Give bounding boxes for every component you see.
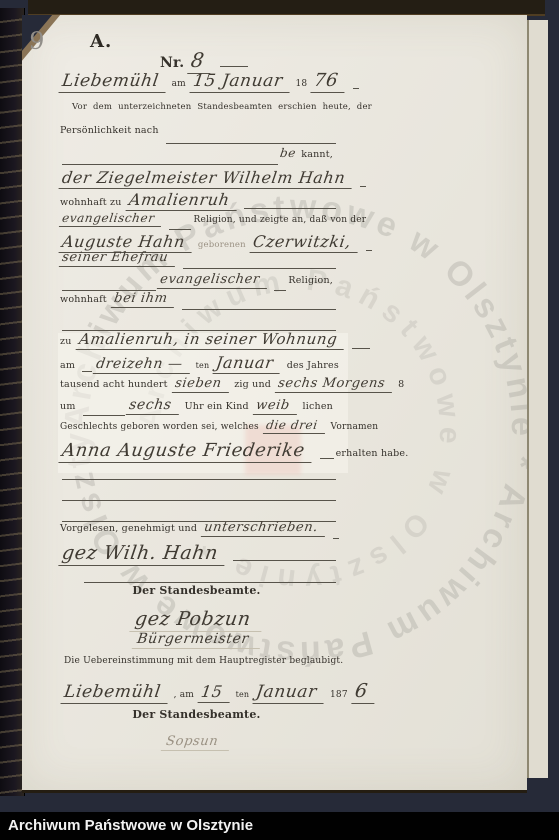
rule-line (62, 479, 336, 480)
handwritten-text: sieben (171, 376, 230, 393)
handwritten-text: Amalienruh (125, 190, 238, 211)
printed-text: geborenen (198, 240, 246, 250)
approval-line: Vorgelesen, genehmigt undunterschrieben. (60, 520, 338, 544)
handwritten-text: weib (253, 398, 299, 415)
rule-line (83, 415, 126, 416)
printed-text: Nr. (160, 55, 184, 71)
rule-line (320, 458, 334, 459)
archive-caption-bar: Archiwum Państwowe w Olsztynie (0, 812, 559, 840)
known-line: bekannt, (60, 146, 338, 170)
rule-line (166, 143, 336, 144)
handwritten-text: Amalienruh, in seiner Wohnung (75, 330, 346, 350)
rule-line (183, 268, 336, 269)
declarant-signature-line: gez Wilh. Hahn (60, 542, 338, 566)
rule-line (244, 208, 336, 209)
certification-line: Die Uebereinstimmung mit dem Hauptregist… (64, 656, 338, 680)
rule-line (182, 309, 336, 310)
printed-text: Religion, (288, 275, 333, 286)
registrar-role-line: Bürgermeister (60, 631, 338, 655)
printed-text: ten (196, 361, 210, 370)
rule-line (333, 538, 339, 539)
intro-paragraph: Vor dem unterzeichneten Standesbeamten e… (72, 102, 340, 126)
handwritten-text: sechs (126, 397, 181, 415)
printed-text: zig und (234, 379, 271, 390)
handwritten-text: Liebemühl (58, 71, 168, 93)
pencil-number: 9 (28, 26, 46, 55)
registry-number-line: Nr.8 (160, 48, 250, 72)
rule-line (82, 371, 92, 372)
printed-text: am (172, 79, 186, 89)
rule-line (220, 66, 248, 67)
rule-line (169, 229, 191, 230)
handwritten-text: 15 Januar (189, 71, 292, 93)
declarant-line: der Ziegelmeister Wilhelm Hahn (60, 168, 338, 192)
printed-text: Vor dem unterzeichneten Standesbeamten e… (72, 102, 372, 112)
handwritten-text: unterschrieben. (201, 520, 327, 537)
handwritten-text: be (279, 146, 297, 160)
handwritten-text: evangelischer (59, 211, 164, 227)
book-cover-edge (28, 0, 545, 16)
handwritten-text: 76 (311, 70, 348, 93)
certification-date-line: Liebemühl, am15tenJanuar1876 (62, 680, 334, 704)
handwritten-text: seiner Ehefrau (59, 250, 177, 267)
printed-text: am (60, 360, 75, 371)
registrar-title-2: Der Standesbeamte. (60, 708, 338, 732)
printed-text: ten (236, 690, 250, 699)
rule-line (84, 582, 336, 583)
handwritten-text: die drei (263, 418, 327, 434)
printed-text: erhalten habe. (336, 448, 409, 459)
archive-caption: Archiwum Państwowe w Olsztynie (8, 812, 253, 840)
printed-text: des Jahres (287, 360, 339, 371)
place-date-line: Liebemühlam15 Januar1876 (60, 70, 338, 94)
handwritten-text: Anna Auguste Friederike (58, 440, 314, 463)
rule-line (233, 560, 336, 561)
gender-names-line: Geschlechts geboren worden sei, welchesd… (60, 418, 338, 442)
rule-line (353, 88, 359, 89)
handwritten-text: sechs Morgens (275, 376, 394, 393)
printed-text: Der Standesbeamte. (132, 584, 260, 597)
handwritten-text: Bürgermeister (131, 631, 261, 649)
handwritten-text: 6 (351, 680, 377, 704)
handwritten-text: bei ihm (111, 291, 177, 308)
printed-text: 187 (330, 690, 348, 700)
printed-text: wohnhaft (60, 294, 107, 305)
printed-text: 18 (295, 79, 307, 89)
printed-text: Uhr ein Kind (185, 401, 249, 412)
printed-text: Der Standesbeamte. (132, 708, 260, 721)
registrar-title-1: Der Standesbeamte. (60, 584, 338, 608)
printed-text: 8 (398, 379, 404, 390)
printed-text: Persönlichkeit nach (60, 125, 159, 136)
rule-line (62, 500, 336, 501)
handwritten-text: gez Wilh. Hahn (58, 542, 227, 566)
wife-line: seiner Ehefrau (60, 250, 338, 274)
photo-background: Archiwum Państwowe w Olsztynie * Archiwu… (0, 0, 559, 840)
printed-text: wohnhaft zu (60, 197, 122, 208)
printed-text: Religion, und zeigte an, daß von der (193, 215, 366, 225)
printed-text: Geschlechts geboren worden sei, welches (60, 422, 259, 432)
handwritten-text: Januar (213, 353, 283, 374)
handwritten-text: gez Pobzun (129, 608, 264, 632)
printed-text: um (60, 401, 76, 412)
handwritten-text: der Ziegelmeister Wilhelm Hahn (59, 168, 355, 189)
final-signature-line: Sopsun (60, 734, 338, 758)
printed-text: zu (60, 336, 72, 347)
handwritten-text: Liebemühl (60, 682, 170, 704)
rule-line (62, 164, 278, 165)
printed-text: Vorgelesen, genehmigt und (60, 523, 197, 534)
section-letter: A. (90, 31, 112, 52)
printed-text: , am (174, 690, 194, 700)
printed-text: kannt, (301, 149, 333, 160)
rule-line (366, 250, 372, 251)
birth-place-line: zuAmalienruh, in seiner Wohnung (60, 330, 338, 354)
printed-text: tausend acht hundert (60, 379, 168, 390)
printed-text: Die Uebereinstimmung mit dem Hauptregist… (64, 656, 343, 666)
handwritten-text: 15 (198, 682, 233, 703)
rule-line (360, 186, 366, 187)
birth-date-line: amdreizehn —tenJanuardes Jahres (60, 353, 338, 377)
printed-text: lichen (303, 401, 333, 412)
handwritten-text: Sopsun (161, 734, 231, 751)
rule-line (352, 348, 370, 349)
handwritten-text: dreizehn — (93, 356, 192, 374)
printed-text: Vornamen (330, 422, 378, 432)
registrar-signature-line: gez Pobzun (60, 608, 338, 632)
handwritten-text: Januar (253, 682, 327, 704)
document-page: Archiwum Państwowe w Olsztynie * Archiwu… (22, 15, 527, 793)
handwritten-text: evangelischer (157, 272, 269, 289)
underlying-page-edge (527, 20, 548, 778)
